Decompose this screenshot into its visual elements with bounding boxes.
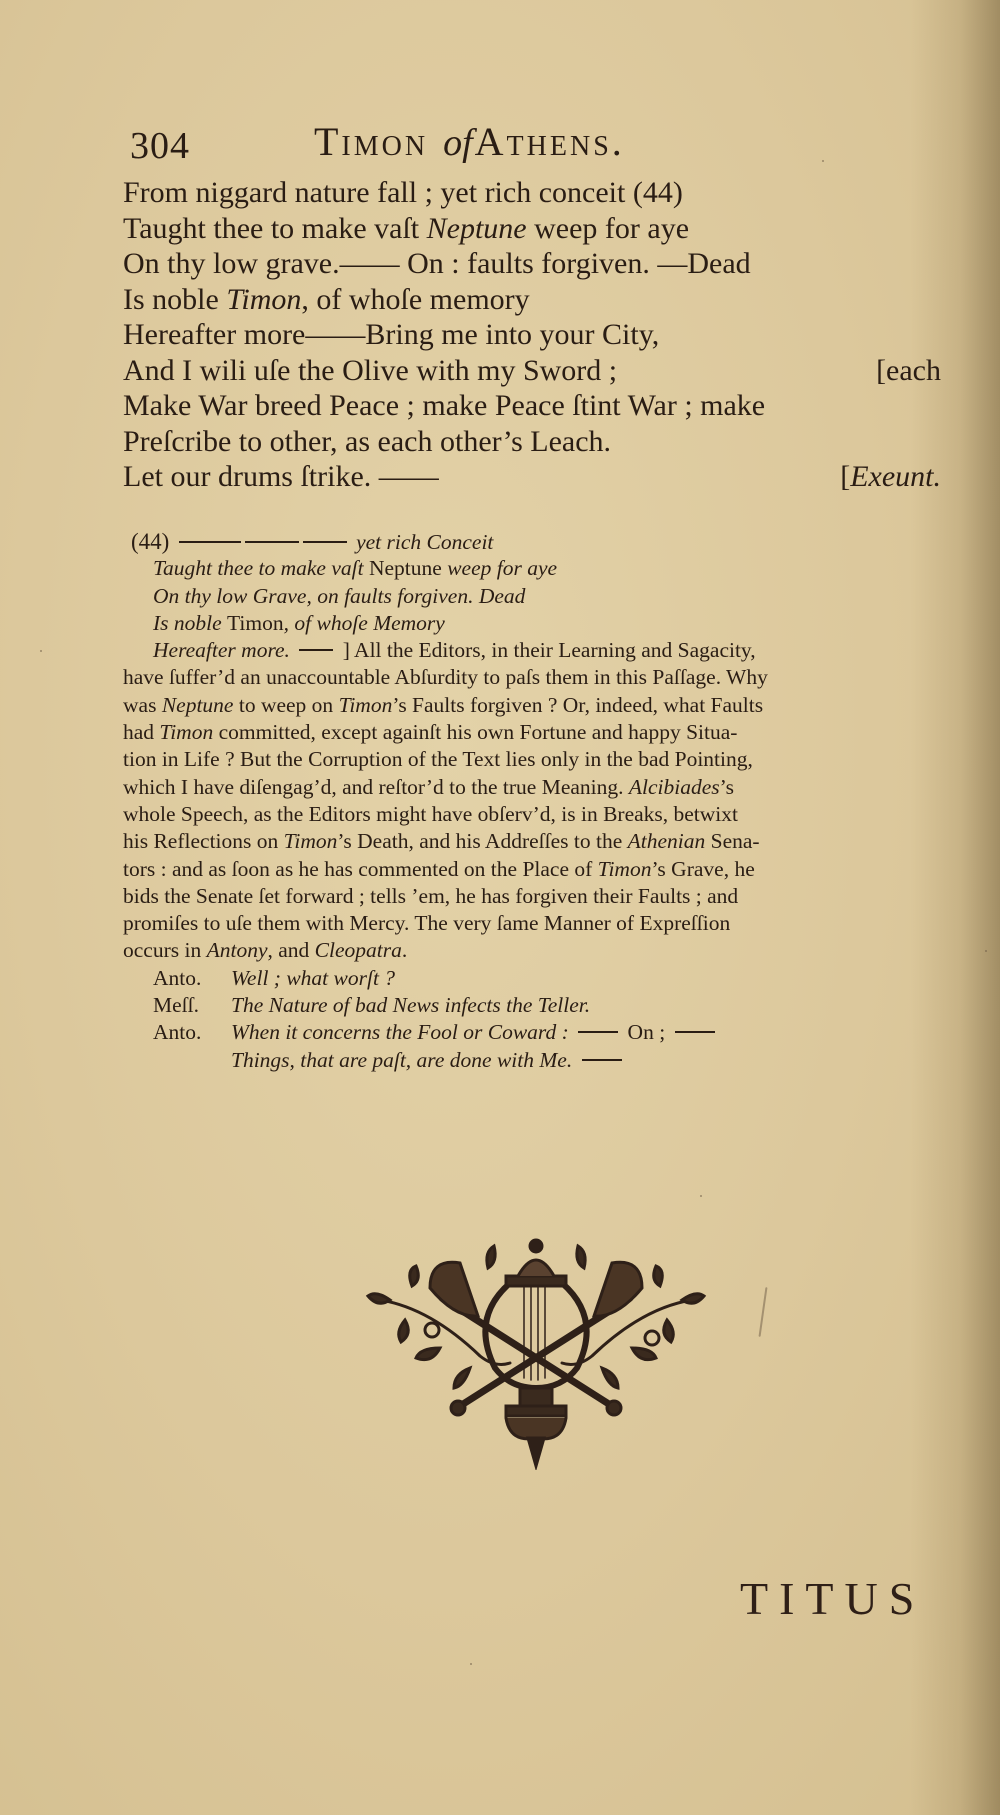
footnote-roman: have ſuffer’d an unaccountable Abſurdity…	[123, 665, 768, 689]
footnote-text: tion in Life ? But the Corruption of the…	[123, 746, 753, 773]
verse-text: , of whoſe memory	[301, 283, 529, 316]
title-part1: Timon	[314, 119, 428, 164]
verse-line: Hereafter more——Bring me into your City,	[123, 317, 941, 353]
footnote-roman: promiſes to uſe them with Mercy. The ver…	[123, 911, 730, 935]
footnote-lemma-line: On thy low Grave, on faults forgiven. De…	[123, 583, 943, 610]
scan-speck	[700, 1195, 702, 1197]
verse-text: Preſcribe to other, as each other’s Leac…	[123, 425, 611, 458]
footnote-roman: whole Speech, as the Editors might have …	[123, 802, 738, 826]
footnote-roman: was	[123, 693, 162, 717]
footnote-lemma-line: (44) yet rich Conceit	[123, 528, 943, 555]
verse-line: On thy low grave.—— On : faults forgiven…	[123, 246, 941, 282]
footnote-roman: to weep on	[233, 693, 338, 717]
speaker: Anto.	[153, 965, 231, 992]
footnote-italic: Athenian	[628, 829, 706, 853]
footnote-text: .	[402, 938, 407, 962]
footnote-line: tors : and as ſoon as he has commented o…	[123, 856, 943, 883]
footnote-ref: (44)	[131, 529, 169, 554]
footnote-line: was Neptune to weep on Timon’s Faults fo…	[123, 692, 943, 719]
page-number: 304	[130, 124, 190, 168]
footnote-text: tors : and as ſoon as he has commented o…	[123, 856, 755, 883]
footnote-roman: ’s Grave, he	[651, 857, 754, 881]
speaker: Anto.	[153, 1019, 231, 1046]
verse-text: On thy low grave.—— On : faults forgiven…	[123, 247, 751, 280]
footnote-italic: Hereafter more.	[153, 638, 295, 662]
footnote-line: had Timon committed, except againſt his …	[123, 719, 943, 746]
footnote-italic: Taught thee to make vaſt	[153, 556, 369, 580]
footnote-lemma-line: Is noble Timon, of whoſe Memory	[123, 610, 943, 637]
footnote-line: which I have diſengag’d, and reſtor’d to…	[123, 774, 943, 801]
book-page: 304 Timon ofAthens. From niggard nature …	[0, 0, 1000, 1815]
footnote-line: bids the Senate ſet forward ; tells ’em,…	[123, 883, 943, 910]
title-part2: Athens.	[475, 119, 625, 164]
verse-line: And I wili uſe the Olive with my Sword ;…	[123, 353, 941, 389]
scan-speck	[40, 650, 42, 652]
footnote-italic: Neptune	[162, 693, 234, 717]
footnote-roman: committed, except againſt his own Fortun…	[213, 720, 737, 744]
footnote-italic: weep for aye	[442, 556, 557, 580]
verse-line: Make War breed Peace ; make Peace ſtint …	[123, 388, 941, 424]
footnote-italic: Timon	[339, 693, 393, 717]
footnote-text: whole Speech, as the Editors might have …	[123, 801, 738, 828]
footnote-roman: bids the Senate ſet forward ; tells ’em,…	[123, 884, 738, 908]
verse-text: weep for aye	[527, 212, 689, 245]
verse-text: Is noble	[123, 283, 226, 316]
verse-text: Make War breed Peace ; make Peace ſtint …	[123, 389, 765, 422]
verse-italic: Neptune	[427, 212, 527, 245]
verse-text: From niggard nature fall ; yet rich conc…	[123, 176, 683, 209]
footnote-roman: tors : and as ſoon as he has commented o…	[123, 857, 598, 881]
turnover-bracket: [each	[876, 353, 941, 389]
dash-rule	[582, 1059, 622, 1061]
verse-text: Hereafter more——Bring me into your City,	[123, 318, 659, 351]
verse-line: Let our drums ſtrike. ——[Exeunt.	[123, 459, 941, 495]
dialogue-line: Anto.When it concerns the Fool or Coward…	[123, 1019, 943, 1046]
footnote-line: tion in Life ? But the Corruption of the…	[123, 746, 943, 773]
footnote-roman: Neptune	[369, 556, 442, 580]
title-of: of	[443, 122, 473, 164]
footnote-italic: Is noble	[153, 611, 227, 635]
footnote-line: whole Speech, as the Editors might have …	[123, 801, 943, 828]
footnote-italic: Timon	[159, 720, 213, 744]
footnote-text: was Neptune to weep on Timon’s Faults fo…	[123, 692, 763, 719]
footnote-text: have ſuffer’d an unaccountable Abſurdity…	[123, 664, 768, 691]
dialogue-line: Things, that are paſt, are done with Me.	[123, 1047, 943, 1074]
stage-direction: [Exeunt.	[840, 459, 941, 495]
dialogue-line: Meſſ.The Nature of bad News infects the …	[123, 992, 943, 1019]
footnote-lemma-line: Hereafter more. ] All the Editors, in th…	[123, 637, 943, 664]
footnote-text: his Reflections on Timon’s Death, and hi…	[123, 828, 760, 855]
speech: The Nature of bad News infects the Telle…	[231, 993, 590, 1017]
verse-text: Let our drums ſtrike. ——	[123, 460, 439, 493]
scan-mark	[759, 1287, 768, 1337]
footnote-roman: Timon	[227, 611, 284, 635]
verse-line: Preſcribe to other, as each other’s Leac…	[123, 424, 941, 460]
footnote-roman: ’s Death, and his Addreſſes to the	[337, 829, 627, 853]
verse-line: Is noble Timon, of whoſe memory	[123, 282, 941, 318]
footnote-italic: , of whoſe Memory	[284, 611, 445, 635]
dash-rule	[179, 541, 241, 543]
footnote-italic: Timon	[598, 857, 652, 881]
footnote-roman: had	[123, 720, 159, 744]
verse-text: Taught thee to make vaſt	[123, 212, 427, 245]
running-head: 304 Timon ofAthens.	[124, 118, 954, 178]
dash-rule	[675, 1031, 715, 1033]
footnote-44: (44) yet rich Conceit Taught thee to mak…	[123, 528, 943, 1074]
footnote-roman: Sena-	[705, 829, 759, 853]
catchword: TITUS	[740, 1572, 925, 1625]
speech: Things, that are paſt, are done with Me.	[231, 1048, 578, 1072]
verse-italic: Timon	[226, 283, 301, 316]
dash-rule	[303, 541, 347, 543]
footnote-text: ] All the Editors, in their Learning and…	[337, 638, 755, 662]
footnote-italic: Timon	[284, 829, 338, 853]
footnote-line: his Reflections on Timon’s Death, and hi…	[123, 828, 943, 855]
speech: Well ; what worſt ?	[231, 966, 395, 990]
dash-rule	[578, 1031, 618, 1033]
footnote-italic: Cleopatra	[315, 938, 402, 962]
dash-rule	[245, 541, 299, 543]
bracket: [	[840, 460, 850, 493]
footnote-text: , and	[268, 938, 315, 962]
footnote-text: which I have diſengag’d, and reſtor’d to…	[123, 774, 734, 801]
footnote-italic: Alcibiades	[629, 775, 720, 799]
footnote-text: had Timon committed, except againſt his …	[123, 719, 737, 746]
verse-line: From niggard nature fall ; yet rich conc…	[123, 175, 941, 211]
footnote-roman: his Reflections on	[123, 829, 284, 853]
footnote-text: occurs in	[123, 938, 207, 962]
footnote-roman: ’s	[720, 775, 734, 799]
speaker: Meſſ.	[153, 992, 231, 1019]
lyre-trumpets-ornament-icon	[360, 1238, 712, 1470]
speech: When it concerns the Fool or Coward :	[231, 1020, 574, 1044]
footnote-lemma-line: Taught thee to make vaſt Neptune weep fo…	[123, 555, 943, 582]
verse-text: And I wili uſe the Olive with my Sword ;	[123, 354, 617, 387]
footnote-italic: On thy low Grave, on faults forgiven. De…	[153, 584, 525, 608]
dialogue-line: Anto.Well ; what worſt ?	[123, 965, 943, 992]
footnote-roman: ’s Faults forgiven ? Or, indeed, what Fa…	[392, 693, 763, 717]
scan-speck	[822, 160, 824, 162]
footnote-text: bids the Senate ſet forward ; tells ’em,…	[123, 883, 738, 910]
footnote-text: promiſes to uſe them with Mercy. The ver…	[123, 910, 730, 937]
scan-speck	[470, 1663, 472, 1665]
footnote-body: have ſuffer’d an unaccountable Abſurdity…	[123, 664, 943, 937]
footnote-line: occurs in Antony, and Cleopatra.	[123, 937, 943, 964]
footnote-line: promiſes to uſe them with Mercy. The ver…	[123, 910, 943, 937]
footnote-italic: Antony	[207, 938, 268, 962]
speech-tail: On ;	[622, 1020, 670, 1044]
stage-direction-exeunt: Exeunt.	[850, 460, 941, 493]
verse-block: From niggard nature fall ; yet rich conc…	[123, 175, 941, 495]
dash-rule	[299, 649, 333, 651]
footnote-roman: which I have diſengag’d, and reſtor’d to…	[123, 775, 629, 799]
footnote-line: have ſuffer’d an unaccountable Abſurdity…	[123, 664, 943, 691]
scan-speck	[985, 950, 987, 952]
play-title: Timon ofAthens.	[314, 118, 625, 165]
footnote-roman: tion in Life ? But the Corruption of the…	[123, 747, 753, 771]
verse-line: Taught thee to make vaſt Neptune weep fo…	[123, 211, 941, 247]
footnote-italic: yet rich Conceit	[356, 530, 493, 554]
